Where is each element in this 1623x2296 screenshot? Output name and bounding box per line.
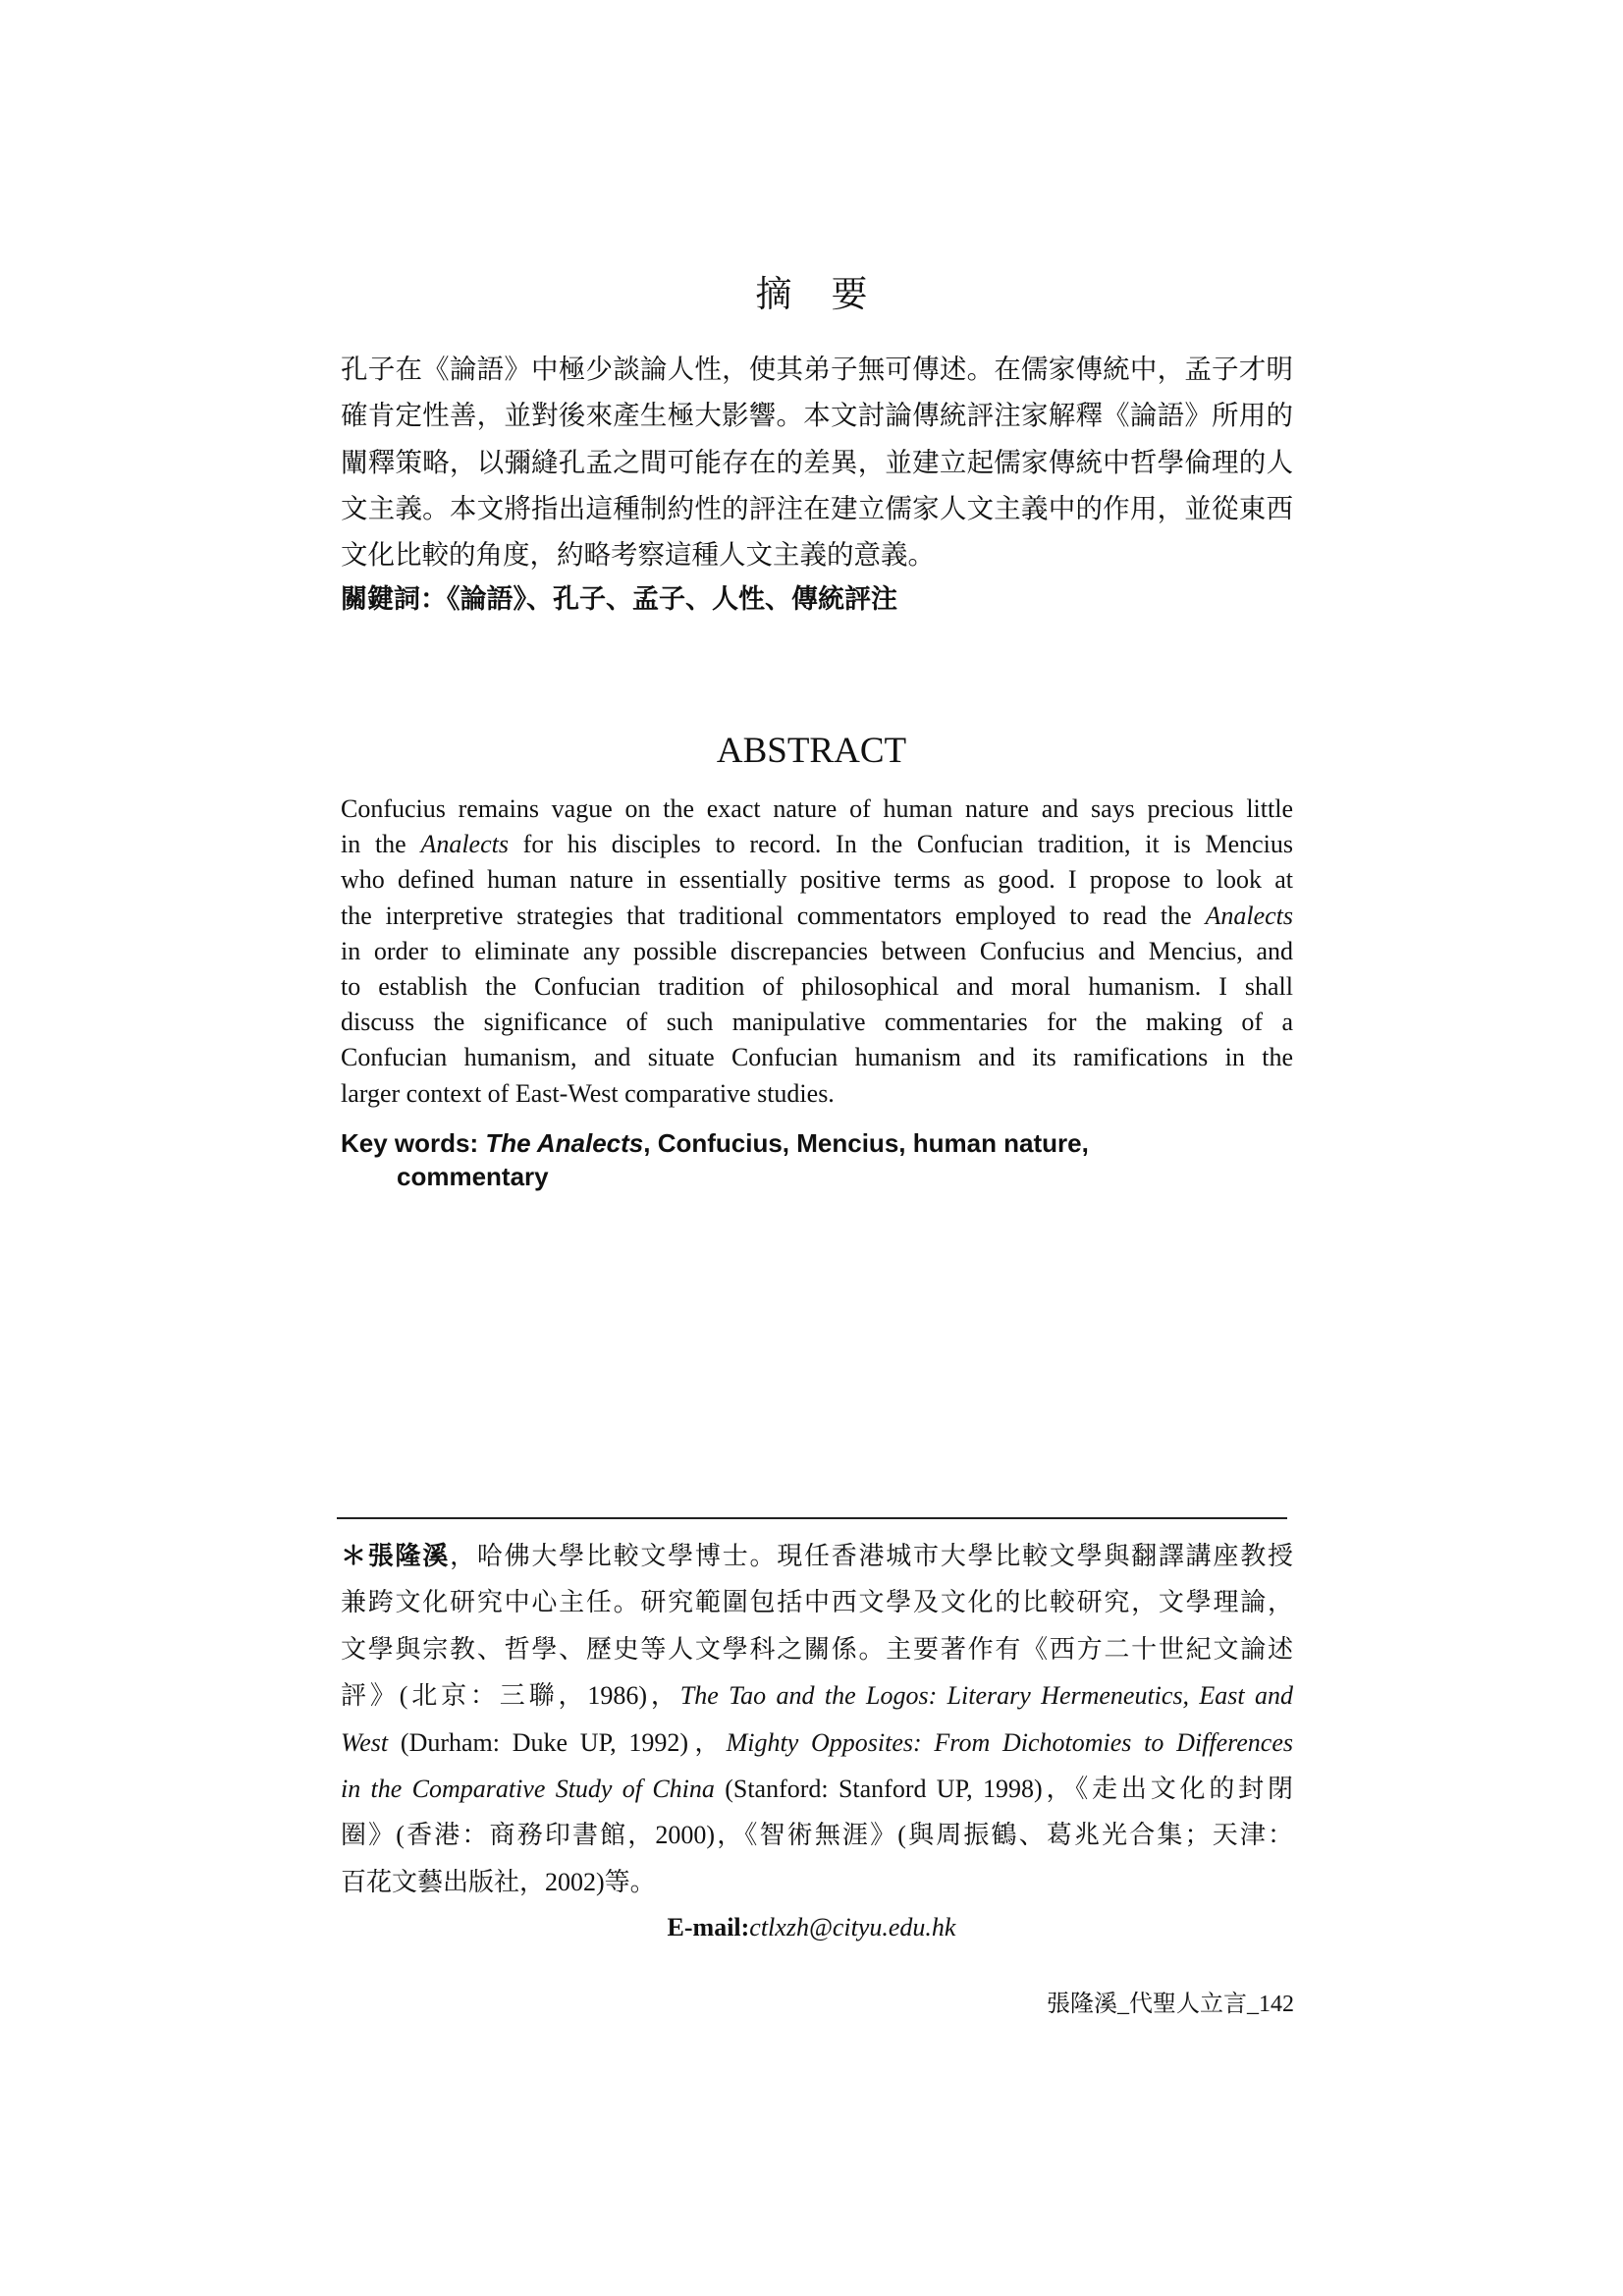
abstract-line: 闡釋策略，以彌縫孔孟之間可能存在的差異，並建立起儒家傳統中哲學倫理的人 bbox=[341, 439, 1293, 485]
chinese-abstract-body: 孔子在《論語》中極少談論人性，使其弟子無可傳述。在儒家傳統中，孟子才明 確肯定性… bbox=[341, 346, 1293, 577]
abstract-line: who defined human nature in essentially … bbox=[341, 862, 1293, 898]
keywords-list: , Confucius, Mencius, human nature, bbox=[643, 1128, 1089, 1158]
author-footnote: ＊張隆溪，哈佛大學比較文學博士。現任香港城市大學比較文學與翻譯講座教授 兼跨文化… bbox=[341, 1533, 1293, 1905]
abstract-line: 確肯定性善，並對後來產生極大影響。本文討論傳統評注家解釋《論語》所用的 bbox=[341, 392, 1293, 438]
abstract-line: 文主義。本文將指出這種制約性的評注在建立儒家人文主義中的作用，並從東西 bbox=[341, 485, 1293, 531]
footnote-line: in the Comparative Study of China (Stanf… bbox=[341, 1766, 1293, 1812]
keywords-continuation: commentary bbox=[341, 1160, 1293, 1193]
running-footer: 張隆溪_代聖人立言_142 bbox=[884, 1988, 1294, 2021]
italic-title: Analects bbox=[420, 830, 509, 858]
english-abstract-body: Confucius remains vague on the exact nat… bbox=[341, 792, 1293, 1112]
english-abstract-title: ABSTRACT bbox=[0, 729, 1623, 774]
italic-title: Analects bbox=[1205, 902, 1293, 930]
abstract-line: Confucian humanism, and situate Confucia… bbox=[341, 1040, 1293, 1075]
book-title: The Tao and the Logos: Literary Hermeneu… bbox=[680, 1681, 1293, 1710]
abstract-line: Confucius remains vague on the exact nat… bbox=[341, 792, 1293, 827]
abstract-line: 孔子在《論語》中極少談論人性，使其弟子無可傳述。在儒家傳統中，孟子才明 bbox=[341, 346, 1293, 392]
keywords-list: 《論語》、孔子、孟子、人性、傳統評注 bbox=[447, 584, 897, 615]
keywords-italic: The Analects bbox=[485, 1128, 643, 1158]
email-label: E-mail: bbox=[668, 1913, 750, 1941]
abstract-line: 文化比較的角度，約略考察這種人文主義的意義。 bbox=[341, 531, 1293, 577]
english-keywords: Key words: The Analects, Confucius, Menc… bbox=[341, 1126, 1293, 1193]
author-email: E-mail:ctlxzh@cityu.edu.hk bbox=[0, 1910, 1623, 1945]
chinese-keywords: 關鍵詞：《論語》、孔子、孟子、人性、傳統評注 bbox=[341, 580, 1293, 620]
keywords-label: 關鍵詞： bbox=[341, 584, 447, 615]
abstract-line: larger context of East-West comparative … bbox=[341, 1076, 1293, 1112]
footnote-line: ＊張隆溪，哈佛大學比較文學博士。現任香港城市大學比較文學與翻譯講座教授 bbox=[341, 1533, 1293, 1579]
abstract-line: to establish the Confucian tradition of … bbox=[341, 969, 1293, 1005]
footnote-line: 文學與宗教、哲學、歷史等人文學科之關係。主要著作有《西方二十世紀文論述 bbox=[341, 1626, 1293, 1672]
book-title: in the Comparative Study of China bbox=[341, 1775, 715, 1803]
footnote-line: 百花文藝出版社，2002)等。 bbox=[341, 1859, 1293, 1905]
footnote-line: 圈》(香港：商務印書館，2000)，《智術無涯》(與周振鶴、葛兆光合集；天津： bbox=[341, 1812, 1293, 1858]
footnote-marker: ＊ bbox=[341, 1542, 368, 1570]
author-name: 張隆溪 bbox=[368, 1542, 450, 1570]
abstract-line: in order to eliminate any possible discr… bbox=[341, 934, 1293, 969]
email-address[interactable]: ctlxzh@cityu.edu.hk bbox=[749, 1913, 955, 1941]
title-char: 摘 bbox=[756, 275, 792, 315]
abstract-line: discuss the significance of such manipul… bbox=[341, 1005, 1293, 1040]
title-char: 要 bbox=[832, 275, 868, 315]
abstract-line: the interpretive strategies that traditi… bbox=[341, 899, 1293, 934]
footnote-divider bbox=[337, 1517, 1287, 1519]
footnote-line: 兼跨文化研究中心主任。研究範圍包括中西文學及文化的比較研究，文學理論， bbox=[341, 1579, 1293, 1625]
footnote-line: West (Durham: Duke UP, 1992)，Mighty Oppo… bbox=[341, 1720, 1293, 1766]
abstract-line: in the Analects for his disciples to rec… bbox=[341, 827, 1293, 862]
book-title: West bbox=[341, 1728, 388, 1757]
book-title: Mighty Opposites: From Dichotomies to Di… bbox=[727, 1728, 1293, 1757]
footnote-line: 評》(北京：三聯，1986)，The Tao and the Logos: Li… bbox=[341, 1672, 1293, 1719]
keywords-label: Key words: bbox=[341, 1128, 485, 1158]
chinese-abstract-title: 摘要 bbox=[0, 271, 1623, 320]
